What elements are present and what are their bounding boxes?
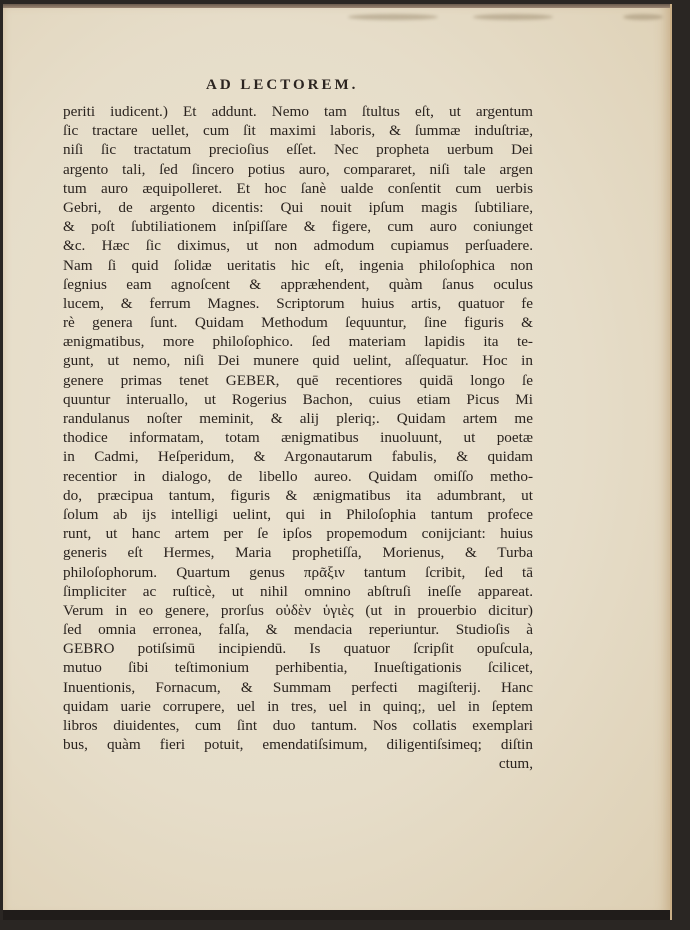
text-line: runt, ut hanc artem per ſe ipſos propemo…: [63, 524, 533, 543]
text-line: Inuentionis, Fornacum, & Summam perfecti…: [63, 678, 533, 697]
text-line: & poſt ſubtiliationem inſpiſſare & figer…: [63, 217, 533, 236]
text-line: GEBRO potiſsimū incipiendū. Is quatuor ſ…: [63, 639, 533, 658]
text-line: recentior in dialogo, de libello aureo. …: [63, 467, 533, 486]
body-text: periti iudicent.) Et addunt. Nemo tam ſt…: [63, 102, 533, 774]
text-line: bus, quàm fieri potuit, emendatiſsimum, …: [63, 735, 533, 754]
text-line: randulanus noſter meminit, & alij pleriq…: [63, 409, 533, 428]
text-line: lucem, & ferrum Magnes. Scriptorum huius…: [63, 294, 533, 313]
text-line: ſic tractare uellet, cum ſit maximi labo…: [63, 121, 533, 140]
text-line: gunt, ut nemo, niſi Dei munere quid ueli…: [63, 351, 533, 370]
text-line: in Cadmi, Heſperidum, & Argonautarum fab…: [63, 447, 533, 466]
text-line: ſimpliciter ac ruſticè, ut nihil omnino …: [63, 582, 533, 601]
text-line: Gebri, de argento dicentis: Qui nouit ip…: [63, 198, 533, 217]
text-line: quuntur interuallo, ut Rogerius Bachon, …: [63, 390, 533, 409]
stain-mark: [473, 14, 553, 20]
text-line: Verum in eo genere, prorſus οὐδὲν ὑγιὲς …: [63, 601, 533, 620]
text-line: genere primas tenet GEBER, quē recentior…: [63, 371, 533, 390]
text-line: &c. Hæc ſic diximus, ut non admodum cupi…: [63, 236, 533, 255]
text-line: ſed omnia erronea, falſa, & mendacia rep…: [63, 620, 533, 639]
stain-mark: [348, 14, 438, 20]
catchword: ctum,: [63, 754, 533, 773]
text-line: argento tali, ſed ſincero potius auro, c…: [63, 160, 533, 179]
text-line: generis eſt Hermes, Maria prophetiſſa, M…: [63, 543, 533, 562]
text-line: ſegnius eam agnoſcent & appræhendent, qu…: [63, 275, 533, 294]
page-top-edge: [3, 4, 670, 8]
running-head: AD LECTOREM.: [206, 77, 358, 94]
text-line: niſi ſic tractatum precioſius eſſet. Nec…: [63, 140, 533, 159]
text-line: Nam ſi quid ſolidæ ueritatis hic eſt, in…: [63, 256, 533, 275]
page-bottom-shadow: [3, 910, 670, 920]
stain-mark: [623, 14, 663, 20]
text-line: philoſophorum. Quartum genus πρᾶξιν tant…: [63, 563, 533, 582]
text-line: periti iudicent.) Et addunt. Nemo tam ſt…: [63, 102, 533, 121]
text-line: mutuo ſibi teſtimonium perhibentia, Inue…: [63, 658, 533, 677]
text-line: thodice informatam, totam ænigmatibus in…: [63, 428, 533, 447]
text-line: ænigmatibus, more philoſophico. ſed mate…: [63, 332, 533, 351]
text-line: quidam uarie corrupere, uel in tres, uel…: [63, 697, 533, 716]
book-page: AD LECTOREM. periti iudicent.) Et addunt…: [3, 4, 672, 920]
text-line: libros diuidentes, cum ſint duo tantum. …: [63, 716, 533, 735]
text-line: rè genera ſunt. Quidam Methodum ſequuntu…: [63, 313, 533, 332]
text-line: do, præcipua tantum, figuris & ænigmatib…: [63, 486, 533, 505]
text-line: ſolum ab ijs intelligi uelint, qui in Ph…: [63, 505, 533, 524]
text-line: tum auro æquipolleret. Et hoc ſanè ualde…: [63, 179, 533, 198]
